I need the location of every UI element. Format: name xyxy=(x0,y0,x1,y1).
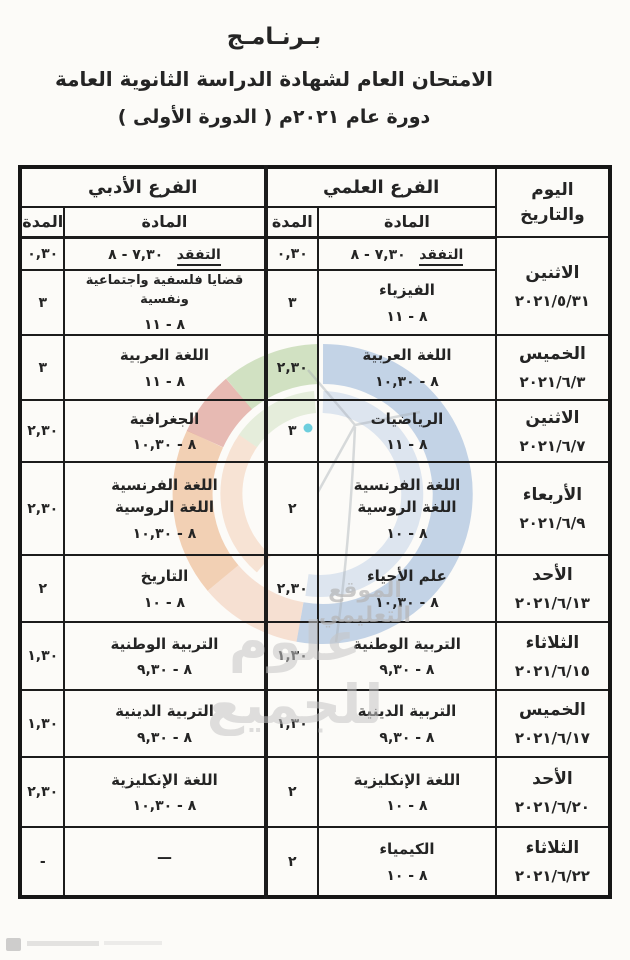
subject-cell: اللغة الإنكليزية ٨ - ١٠,٣٠ xyxy=(64,757,265,827)
duration-cell: ٢,٣٠ xyxy=(266,555,319,622)
duration-cell: ٢ xyxy=(20,555,64,622)
subject-cell: الفيزياء ٨ - ١١ xyxy=(318,270,496,335)
duration-cell: ٠,٣٠ xyxy=(20,237,64,270)
subject-cell: اللغة الإنكليزية ٨ - ١٠ xyxy=(318,757,496,827)
duration-cell: ٣ xyxy=(20,270,64,335)
duration-cell: ٣ xyxy=(266,400,319,462)
subject-cell: الجغرافية ٨ - ١٠,٣٠ xyxy=(64,400,265,462)
check-time: ٧,٣٠ - ٨ xyxy=(108,247,163,263)
subject-cell: اللغة العربية ٨ - ١٠,٣٠ xyxy=(318,335,496,400)
duration-cell: ٢,٣٠ xyxy=(20,400,64,462)
day-header-line2: والتاريخ xyxy=(497,203,608,228)
duration-cell: ٢ xyxy=(266,462,319,555)
lit-duration-column-header: المدة xyxy=(20,207,64,237)
duration-cell: ٣ xyxy=(266,270,319,335)
duration-cell: ١,٣٠ xyxy=(266,690,319,757)
subject-cell: اللغة العربية ٨ - ١١ xyxy=(64,335,265,400)
literary-branch-header: الفرع الأدبي xyxy=(20,167,266,207)
subject-cell: التفقد ٧,٣٠ - ٨ xyxy=(64,237,265,270)
day-date-cell: الخميس ٢٠٢١/٦/١٧ xyxy=(496,690,610,757)
day-date-cell: الأحد ٢٠٢١/٦/٢٠ xyxy=(496,757,610,827)
check-label: التفقد xyxy=(419,247,463,266)
duration-cell: ٢ xyxy=(266,757,319,827)
subject-cell: التربية الدينية ٨ - ٩,٣٠ xyxy=(64,690,265,757)
exam-schedule-table: اليوم والتاريخ الفرع العلمي الفرع الأدبي… xyxy=(18,165,612,899)
subject-cell: التفقد ٧,٣٠ - ٨ xyxy=(318,237,496,270)
subject-cell: التاريخ ٨ - ١٠ xyxy=(64,555,265,622)
subject-cell: — xyxy=(64,827,265,897)
duration-cell: ١,٣٠ xyxy=(266,622,319,690)
day-date-cell: الأربعاء ٢٠٢١/٦/٩ xyxy=(496,462,610,555)
duration-cell: ٠,٣٠ xyxy=(266,237,319,270)
picsart-watermark-text-smudge xyxy=(27,941,99,946)
duration-cell: ٢,٣٠ xyxy=(266,335,319,400)
sci-subject-column-header: المادة xyxy=(318,207,496,237)
check-label: التفقد xyxy=(177,247,221,266)
check-time: ٧,٣٠ - ٨ xyxy=(351,247,406,263)
duration-cell: ٢,٣٠ xyxy=(20,757,64,827)
day-header-line1: اليوم xyxy=(497,178,608,203)
day-date-cell: الثلاثاء ٢٠٢١/٦/٢٢ xyxy=(496,827,610,897)
subject-cell: اللغة الفرنسية اللغة الروسية ٨ - ١٠,٣٠ xyxy=(64,462,265,555)
day-date-header: اليوم والتاريخ xyxy=(496,167,610,237)
lit-subject-column-header: المادة xyxy=(64,207,265,237)
picsart-watermark-text-smudge xyxy=(104,941,162,945)
subject-cell: التربية الوطنية ٨ - ٩,٣٠ xyxy=(64,622,265,690)
subject-cell: التربية الدينية ٨ - ٩,٣٠ xyxy=(318,690,496,757)
duration-cell: ٣ xyxy=(20,335,64,400)
day-date-cell: الاثنين ٢٠٢١/٥/٣١ xyxy=(496,237,610,335)
sci-duration-column-header: المدة xyxy=(266,207,319,237)
duration-cell: ١,٣٠ xyxy=(20,622,64,690)
duration-cell: ٢ xyxy=(266,827,319,897)
scanned-schedule-page: الموقع التعليمي علوم للجميع بـرنـامـج ال… xyxy=(0,0,630,960)
duration-cell: - xyxy=(20,827,64,897)
exam-title: الامتحان العام لشهادة الدراسة الثانوية ا… xyxy=(0,67,548,91)
duration-cell: ٢,٣٠ xyxy=(20,462,64,555)
subject-cell: التربية الوطنية ٨ - ٩,٣٠ xyxy=(318,622,496,690)
duration-cell: ١,٣٠ xyxy=(20,690,64,757)
session-title: دورة عام ٢٠٢١م ( الدورة الأولى ) xyxy=(0,106,548,128)
day-date-cell: الثلاثاء ٢٠٢١/٦/١٥ xyxy=(496,622,610,690)
day-date-cell: الخميس ٢٠٢١/٦/٣ xyxy=(496,335,610,400)
scientific-branch-header: الفرع العلمي xyxy=(266,167,496,207)
title-block: بـرنـامـج الامتحان العام لشهادة الدراسة … xyxy=(0,24,548,128)
day-date-cell: الأحد ٢٠٢١/٦/١٣ xyxy=(496,555,610,622)
subject-cell: الرياضيات ٨ - ١١ xyxy=(318,400,496,462)
day-date-cell: الاثنين ٢٠٢١/٦/٧ xyxy=(496,400,610,462)
program-title: بـرنـامـج xyxy=(0,24,548,50)
subject-cell: قضايا فلسفية واجتماعية ونفسية ٨ - ١١ xyxy=(64,270,265,335)
subject-cell: الكيمياء ٨ - ١٠ xyxy=(318,827,496,897)
subject-cell: اللغة الفرنسية اللغة الروسية ٨ - ١٠ xyxy=(318,462,496,555)
picsart-watermark-icon xyxy=(6,938,21,951)
subject-cell: علم الأحياء ٨ - ١٠,٣٠ xyxy=(318,555,496,622)
